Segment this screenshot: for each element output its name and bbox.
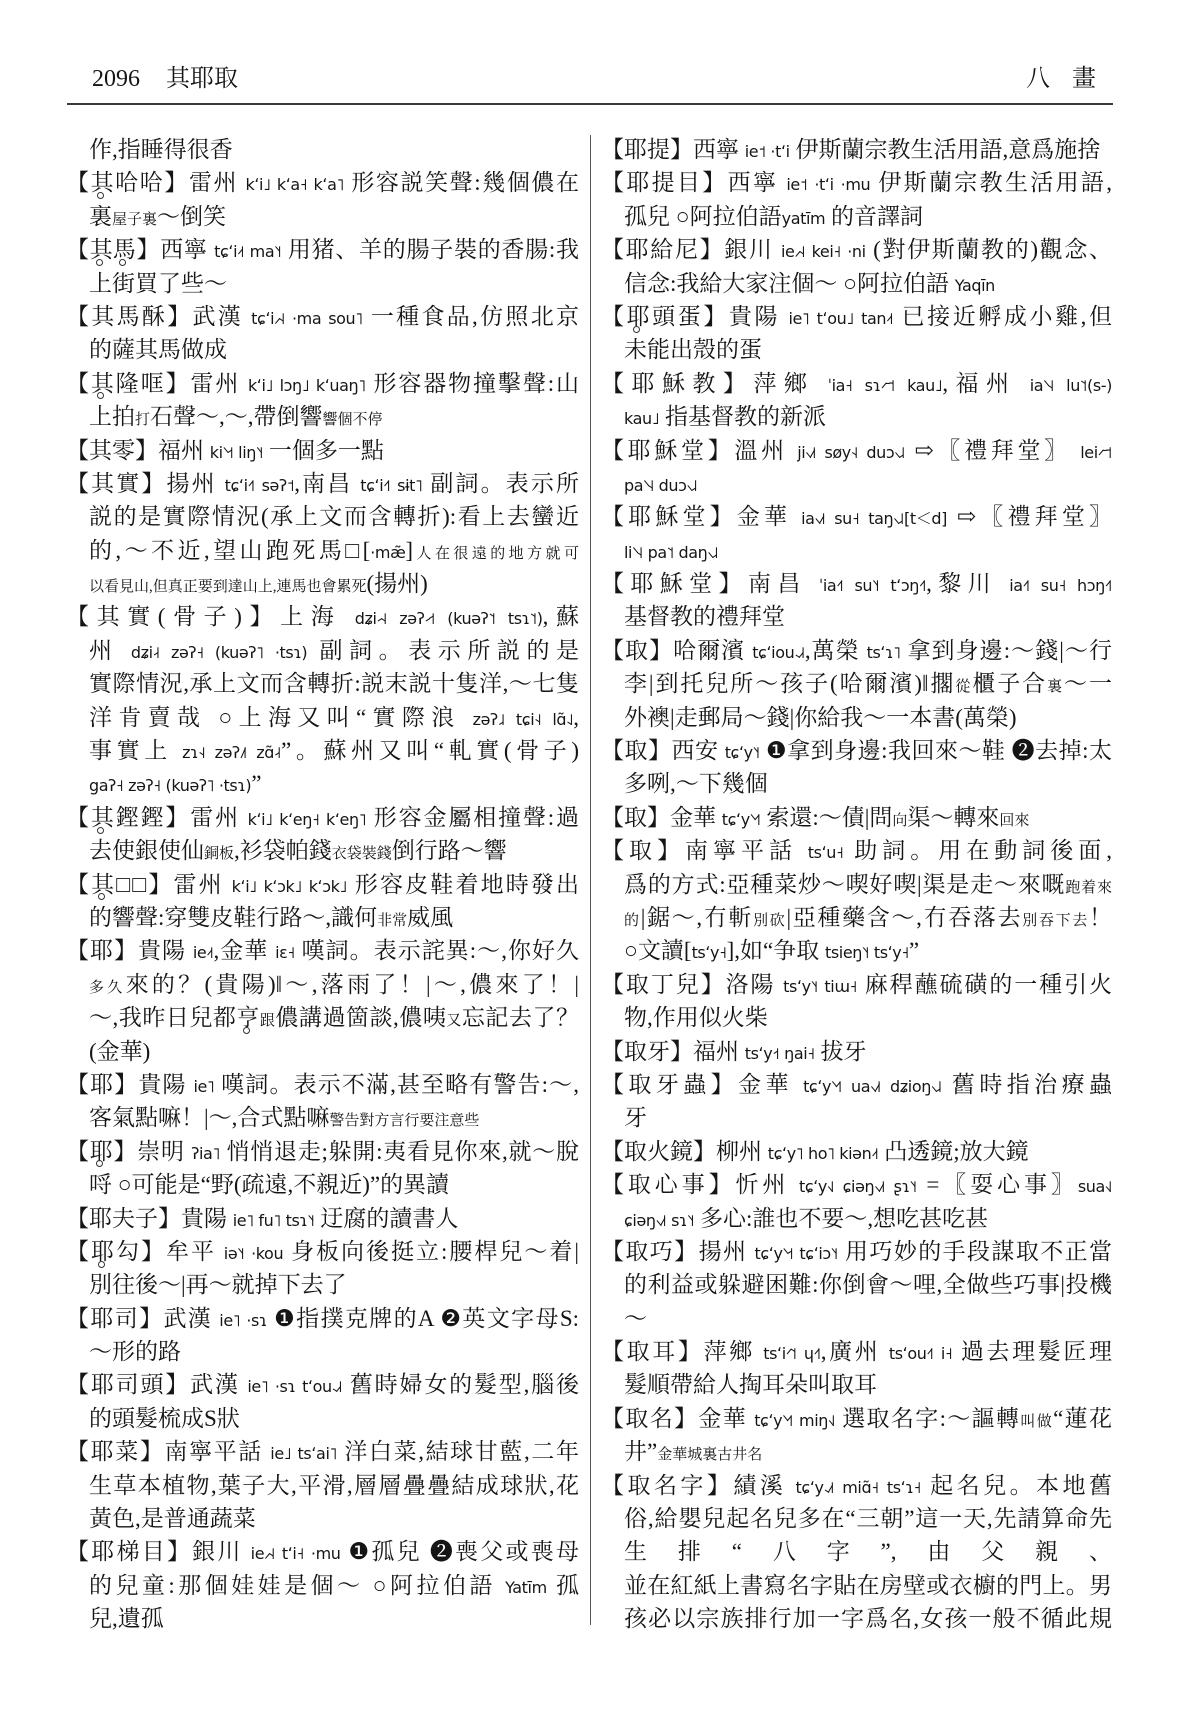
text-run: 【耶給尼】銀川 (601, 237, 781, 262)
text-run: ” (251, 771, 261, 796)
text-run: 的兒童:那個娃娃是個～ ○阿拉伯語 (89, 1573, 505, 1598)
text-run: 【取】南寧平話 (601, 838, 808, 863)
text-run: 已接近孵成小雞,但 (893, 304, 1112, 329)
phonetic-transcription: zəʔ˩˨ tɕi˧˨ lɑ̃˨˩ (473, 710, 574, 729)
entry-first-line: 【其□□】雷州 kʻi˩ kʻɔk˩ kʻɔk˩ 形容皮鞋着地時發出 (66, 868, 579, 901)
text-run: ！ (1089, 905, 1112, 930)
text-run: 形容皮鞋着地時發出 (347, 872, 579, 897)
text-run: 麻稈蘸硫磺的一種引火 (857, 972, 1112, 997)
entry-first-line: 【耶給尼】銀川 ie˩˧˨ kei˧ ·ni (對伊斯蘭教的)觀念、 (601, 233, 1112, 266)
entry-continuation-line: 髮順帶給人掏耳朵叫取耳 (601, 1368, 1112, 1401)
ring-marked-char: 耶 (91, 1235, 114, 1268)
header-rule (67, 103, 1113, 105)
text-run: 【耶穌教】萍鄉 (601, 371, 828, 396)
entry-continuation-line: 生排“八字”,由父親、祖父或年長有見識的人起名, (601, 1535, 1112, 1568)
text-run: 指基督教的新派 (659, 404, 826, 429)
text-run: 的頭髮梳成S狀 (89, 1406, 240, 1431)
text-run: ,黎川 (926, 571, 1009, 596)
annotation-note: 非常 (377, 913, 407, 929)
phonetic-transcription: ki˥˧˦ liŋ˥˧ (210, 443, 263, 462)
dictionary-entry: 【耶穌堂】南昌 ˈia˧˥ su˥˧ tʻɔŋ˧˥,黎川 ia˧˥ su˧ hɔ… (601, 567, 1112, 634)
entry-first-line: 【耶提】西寧 ie˦ ·tʻi 伊斯蘭宗教生活用語,意爲施捨 (601, 133, 1112, 166)
dictionary-entry: 【其鏗鏗】雷州 kʻi˩ kʻeŋ˧ kʻeŋ˥ 形容金屬相撞聲:過去使銀使仙銅… (66, 801, 579, 868)
text-run: 形容金屬相撞聲:過 (366, 805, 579, 830)
dictionary-entry: 【耶】崇明 ʔia˥ 悄悄退走;躲開:夷看見你來,就～脫哷 ○可能是“野(疏遠,… (66, 1135, 579, 1202)
entry-first-line: 【耶穌堂】金華 ia˧˩˦ su˧ taŋ˧˩˨[t＜d] ⇨〖禮拜堂〗 (601, 500, 1112, 533)
dictionary-entry: 【耶勾】牟平 iə˥˧ ·kou 身板向後挺立:腰桿兒～着|別往後～|再～就掉下… (66, 1235, 579, 1302)
entry-first-line: 【耶】崇明 ʔia˥ 悄悄退走;躲開:夷看見你來,就～脫 (66, 1135, 579, 1168)
text-run: ⇨〖禮拜堂〗 (905, 438, 1080, 463)
text-run: □□】雷州 (114, 872, 232, 897)
text-run: 生草本植物,葉子大,平滑,層層疊疊結成球狀,花 (89, 1473, 579, 1498)
entry-first-line: 【耶夫子】貴陽 ie˥ fu˥ tsɿ˥˧ 迂腐的讀書人 (66, 1202, 579, 1235)
text-run: 【 (601, 304, 627, 329)
stroke-section-label: 八畫 (1026, 62, 1118, 96)
dictionary-entry: 【耶】貴陽 ie˥ 嘆詞。表示不滿,甚至略有警告:～,客氣點嘛！|～,合式點嘛警… (66, 1068, 579, 1135)
entry-first-line: 【耶】貴陽 ie˨˦,金華 iɛ˧ 嘆詞。表示詫異:～,你好久 (66, 934, 579, 967)
entry-continuation-line: 實際情況,承上文而含轉折:説末説十隻洋,～七隻 (66, 667, 579, 700)
text-run: |鋸～,冇斬 (641, 905, 753, 930)
entry-continuation-line: 井”金華城裏古井名 (601, 1435, 1112, 1468)
text-run: ❶指撲克牌的A ❷英文字母S: (267, 1306, 579, 1331)
text-run: 形容説笑聲:幾個儂在 (344, 170, 579, 195)
entry-first-line: 【取名字】績溪 tɕʻy˨˩˦ miɑ̃˧ tsʻɿ˧ 起名兒。本地舊 (601, 1469, 1112, 1502)
entry-first-line: 【耶頭蛋】貴陽 ie˥ tʻou˩ tan˨˦ 已接近孵成小雞,但 (601, 300, 1112, 333)
phonetic-transcription: ia˧˩˦ su˧ taŋ˧˩˨[t＜d] (801, 509, 947, 528)
annotation-note: 別砍 (753, 913, 786, 929)
phonetic-transcription: ie˩˧˨ kei˧ ·ni (781, 242, 866, 261)
text-run: 俗,給嬰兒起名兒多在“三朝”這一天,先請算命先 (624, 1506, 1112, 1531)
text-run: 爲的方式:亞種菜炒～喫好喫|渠是走～來嘅 (624, 872, 1065, 897)
annotation-note: 以看見山,但真正要到達山上,連馬也會累死 (89, 579, 367, 595)
text-run: 孤 (547, 1573, 579, 1598)
phonetic-transcription: iɛ˧ (275, 943, 295, 962)
phonetic-transcription: tɕʻy˨˩˦ miɑ̃˧ tsʻɿ˧ (796, 1478, 921, 1497)
text-run: 的,～不近,望山跑死馬□[ (89, 538, 370, 563)
text-run: 【 (66, 371, 91, 396)
dictionary-entry: 【耶給尼】銀川 ie˩˧˨ kei˧ ·ni (對伊斯蘭教的)觀念、信念:我給大… (601, 233, 1112, 300)
entry-continuation-line: 外襖|走郵局～錢|你給我～一本書(萬榮) (601, 701, 1112, 734)
text-run: 一種食品,仿照北京 (363, 304, 579, 329)
text-run: 【取火鏡】柳州 (601, 1139, 768, 1164)
text-run: 悄悄退走;躲開:夷看見你來,就～脫 (220, 1139, 579, 1164)
annotation-note: 屋子裏 (112, 212, 157, 228)
dictionary-entry: 【耶夫子】貴陽 ie˥ fu˥ tsɿ˥˧ 迂腐的讀書人 (66, 1202, 579, 1235)
phonetic-transcription: kʻi˩ kʻa˧ kʻa˥ (245, 175, 344, 194)
entry-continuation-line: 的薩其馬做成 (66, 333, 579, 366)
entry-continuation-line: (金華) (66, 1035, 579, 1068)
entry-continuation-line: 的響聲:穿雙皮鞋行路～,識何非常威風 (66, 901, 579, 934)
dictionary-entry: 【耶穌堂】溫州 ji˧˩˦ søy˧˨ duɔ˧˩˨ ⇨〖禮拜堂〗 lei˨˦˦… (601, 434, 1112, 501)
phonetic-transcription: tɕʻi˩˧˨ ·ma sou˥ (251, 309, 363, 328)
phonetic-transcription: ie˥ ·sɿ tʻou˨˩˧ (247, 1377, 342, 1396)
text-run: 【取心事】忻州 (601, 1172, 799, 1197)
annotation-note: 又 (446, 1013, 462, 1029)
text-run: 【耶提目】西寧 (601, 170, 786, 195)
page-number: 2096 (92, 62, 140, 96)
entry-continuation-line: ～,我昨日兒都亨跟儂講過箇談,儂咦又忘記去了？ (66, 1001, 579, 1034)
entry-first-line: 【其鏗鏗】雷州 kʻi˩ kʻeŋ˧ kʻeŋ˥ 形容金屬相撞聲:過 (66, 801, 579, 834)
entry-first-line: 【取巧】揚州 tɕʻy˥˧˦ tɕʻiɔ˥˧ 用巧妙的手段謀取不正當 (601, 1235, 1112, 1268)
text-run: 來的？(貴陽)‖～,落雨了！|～,儂來了！| (126, 972, 579, 997)
dictionary-entry: 【取牙蟲】金華 tɕʻy˥˧˥ ua˧˩˦ dʑioŋ˧˩˨ 舊時指治療蟲牙 (601, 1068, 1112, 1135)
phonetic-transcription: ia˧˥ su˧ hɔŋ˧˥ (1009, 576, 1112, 595)
ring-marked-char: 其 (91, 367, 114, 400)
text-run: 拿到身邊:～錢|～行 (901, 638, 1112, 663)
entry-continuation-line: 李|到托兒所～孩子(哈爾濱)‖擱從櫃子合裏～一 (601, 667, 1112, 700)
entry-continuation-line: 物,作用似火柴 (601, 1001, 1112, 1034)
phonetic-transcription: tsieŋ˥˧ tsʻy˧ (825, 943, 909, 962)
entry-continuation-line: 客氣點嘛！|～,合式點嘛警告對方言行要注意些 (66, 1101, 579, 1134)
text-run: 【取耳】萍鄉 (601, 1339, 763, 1364)
text-run: 一個多一點 (263, 438, 384, 463)
phonetic-transcription: ie˥ ·sɿ (219, 1311, 267, 1330)
text-run: ～形的路 (89, 1339, 181, 1364)
dictionary-entry: 【耶穌教】萍鄉 ˈia˧ sɿ˨˦˦ kau˩,福州 ia˥˧˨ lu˥˦(s-… (601, 367, 1112, 434)
text-run: 【耶菜】南寧平話 (66, 1439, 270, 1464)
text-run: ,衫袋帕錢 (234, 838, 332, 863)
entry-continuation-line: 別往後～|再～就掉下去了 (66, 1268, 579, 1301)
annotation-note: 多久 (89, 980, 126, 996)
entry-continuation-line: li˥˧˨ pa˥˦ daŋ˧˩˨ (601, 534, 1112, 567)
text-run: 物,作用似火柴 (624, 1005, 768, 1030)
text-run: 石聲～,～,帶倒響 (150, 404, 323, 429)
text-run: 多咧,～下幾個 (624, 771, 768, 796)
ring-marked-char: 耶 (90, 1135, 113, 1168)
text-run: 倒行路～響 (392, 838, 507, 863)
entry-first-line: 【耶勾】牟平 iə˥˧ ·kou 身板向後挺立:腰桿兒～着| (66, 1235, 579, 1268)
dictionary-entry: 【其哈哈】雷州 kʻi˩ kʻa˧ kʻa˥ 形容説笑聲:幾個儂在裏屋子裏～倒笑 (66, 166, 579, 233)
annotation-note: 向 (892, 813, 907, 829)
phonetic-transcription: ie˨˦ (193, 943, 214, 962)
phonetic-transcription: tɕʻy˥˧˦ tɕʻiɔ˥˧ (755, 1244, 838, 1263)
phonetic-transcription: dʑi˨˧˨ zəʔ˨˧˦ (kuəʔ˥˦ tsɿ˥˦) (355, 609, 543, 628)
text-run: ,南昌 (294, 471, 360, 496)
phonetic-transcription: ·mæ̃ (370, 543, 405, 562)
annotation-note: 警告對方言行要注意些 (329, 1113, 479, 1129)
ring-marked-char: 亨 (236, 1001, 259, 1034)
text-run: 嘆詞。表示詫異:～,你好久 (295, 938, 579, 963)
dictionary-entry: 【其實】揚州 tɕʻi˧˥ səʔ˦,南昌 tɕʻi˧˥ sɨt˥ 副詞。表示所… (66, 467, 579, 601)
text-run: ” (909, 938, 919, 963)
text-run: ～倒笑 (157, 204, 226, 229)
annotation-note: 的 (624, 913, 641, 929)
text-run: 舊時婦女的髮型,腦後 (342, 1372, 579, 1397)
text-run: (揚州) (367, 571, 428, 596)
phonetic-transcription: ˈia˧ sɿ˨˦˦ kau˩ (828, 376, 943, 395)
text-run: 用巧妙的手段謀取不正當 (838, 1239, 1112, 1264)
entry-continuation-line: ɕiəŋ˧˩˦ sɿ˥˧ 多心:誰也不要～,想吃甚吃甚 (601, 1202, 1112, 1235)
entry-first-line: 【其馬酥】武漢 tɕʻi˩˧˨ ·ma sou˥ 一種食品,仿照北京 (66, 300, 579, 333)
phonetic-transcription: tɕʻy˥˧ (725, 743, 760, 762)
text-run: 基督教的禮拜堂 (624, 604, 785, 629)
text-run: ～ (624, 1306, 647, 1331)
text-run: 【耶梯目】銀川 (66, 1539, 251, 1564)
entry-first-line: 【其實】揚州 tɕʻi˧˥ səʔ˦,南昌 tɕʻi˧˥ sɨt˥ 副詞。表示所 (66, 467, 579, 500)
entry-continuation-line: 作,指睡得很香 (66, 133, 579, 166)
entry-first-line: 【耶司頭】武漢 ie˥ ·sɿ tʻou˨˩˧ 舊時婦女的髮型,腦後 (66, 1368, 579, 1401)
entry-continuation-line: 事實上 zɿ˧˨ zəʔ˩˥ zɑ̃˨˧”。蘇州又叫“軋實(骨子) (66, 734, 579, 767)
annotation-note: 響個不停 (323, 412, 383, 428)
text-run: |亞種藥含～,冇吞落去 (786, 905, 1022, 930)
text-run: 並在紅紙上書寫名字貼在房壁或衣櫥的門上。男 (624, 1573, 1112, 1598)
phonetic-transcription: tsʻi˧˥˦ ɥ˧˥ (763, 1344, 821, 1363)
phonetic-transcription: tsʻou˧˥ i˧ (889, 1344, 953, 1363)
text-run: 】西寧 (136, 237, 214, 262)
text-run: 頭蛋】貴陽 (650, 304, 789, 329)
text-run: 【其馬酥】武漢 (66, 304, 251, 329)
phonetic-transcription: kʻi˩ kʻeŋ˧ kʻeŋ˥ (248, 810, 367, 829)
text-run: ,蘇 (543, 604, 579, 629)
text-run: 哷 ○可能是“野(疏遠,不親近)”的異讀 (89, 1172, 449, 1197)
entry-first-line: 【取火鏡】柳州 tɕʻy˥ ho˥ kiən˨˦ 凸透鏡;放大鏡 (601, 1135, 1112, 1168)
text-run: 【取名字】績溪 (601, 1473, 796, 1498)
text-run: ～一 (1064, 671, 1112, 696)
left-column: 作,指睡得很香【其哈哈】雷州 kʻi˩ kʻa˧ kʻa˥ 形容説笑聲:幾個儂在… (66, 133, 579, 1636)
text-run: 【 (66, 237, 90, 262)
text-run: 李|到托兒所～孩子(哈爾濱)‖擱 (624, 671, 955, 696)
text-run: 凸透鏡;放大鏡 (878, 1139, 1028, 1164)
entry-continuation-line: 的兒童:那個娃娃是個～ ○阿拉伯語 Yatīm 孤 (66, 1569, 579, 1602)
text-run: 身板向後挺立:腰桿兒～着| (283, 1239, 579, 1264)
entry-first-line: 【耶提目】西寧 ie˦ ·tʻi ·mu 伊斯蘭宗教生活用語, (601, 166, 1112, 199)
ring-marked-char: 其 (91, 868, 114, 901)
text-run: 威風 (407, 905, 453, 930)
text-run: ❶孤兒 ❷喪父或喪母 (341, 1539, 579, 1564)
dictionary-entry: 【取巧】揚州 tɕʻy˥˧˦ tɕʻiɔ˥˧ 用巧妙的手段謀取不正當的利益或躲避… (601, 1235, 1112, 1335)
ring-marked-char: 耶 (627, 300, 650, 333)
phonetic-transcription: tɕʻy˥˧˥ miŋ˧˩ (754, 1411, 835, 1430)
entry-continuation-line: gaʔ˧ zəʔ˧ (kuəʔ˥ ·tsɿ)” (66, 767, 579, 800)
text-run: 井” (624, 1439, 657, 1464)
dictionary-entry: 作,指睡得很香 (66, 133, 579, 166)
entry-continuation-line: 州 dʑi˨˧ zəʔ˧ (kuəʔ˥ ·tsɿ) 副詞。表示所説的是 (66, 634, 579, 667)
dictionary-entry: 【耶提目】西寧 ie˦ ·tʻi ·mu 伊斯蘭宗教生活用語,孤兒 ○阿拉伯語y… (601, 166, 1112, 233)
text-run: 】崇明 (113, 1139, 192, 1164)
annotation-note: 金華城裏古井名 (657, 1447, 762, 1463)
text-run: 裏 (89, 204, 112, 229)
dictionary-entry: 【耶穌堂】金華 ia˧˩˦ su˧ taŋ˧˩˨[t＜d] ⇨〖禮拜堂〗li˥˧… (601, 500, 1112, 567)
phonetic-transcription: yatīm (782, 209, 826, 228)
annotation-note: 回來 (999, 813, 1029, 829)
entry-continuation-line: 的,～不近,望山跑死馬□[·mæ̃]人在很遠的地方就可 (66, 534, 579, 567)
entry-first-line: 【取】金華 tɕʻy˥˧˥ 索還:～債|問向渠～轉來回來 (601, 801, 1112, 834)
dictionary-entry: 【取名】金華 tɕʻy˥˧˥ miŋ˧˩ 選取名字:～謳轉叫做“蓮花井”金華城裏… (601, 1402, 1112, 1469)
text-run: 黃色,是普通蔬菜 (89, 1506, 256, 1531)
entry-continuation-line: 洋肯賣哉 ○上海又叫“實際浪 zəʔ˩˨ tɕi˧˨ lɑ̃˨˩, (66, 701, 579, 734)
text-run: 【取】金華 (601, 805, 722, 830)
text-run: 【耶穌堂】金華 (601, 504, 801, 529)
text-run: 客氣點嘛！|～,合式點嘛 (89, 1105, 329, 1130)
text-run: 副詞。表示所 (423, 471, 580, 496)
entry-continuation-line: 信念:我給大家注個～ ○阿拉伯語 Yaqīn (601, 267, 1112, 300)
text-run: 實際情況,承上文而含轉折:説末説十隻洋,～七隻 (89, 671, 579, 696)
phonetic-transcription: kʻi˩ lɔŋ˩ kʻuaŋ˥ (248, 376, 366, 395)
text-run: 的薩其馬做成 (89, 337, 227, 362)
text-run: 過去理髮匠理 (952, 1339, 1112, 1364)
text-run: 【耶司】武漢 (66, 1306, 219, 1331)
phonetic-transcription: tɕʻy˥˧˥ ua˧˩˦ dʑioŋ˧˩˨ (803, 1077, 942, 1096)
dictionary-entry: 【取丁兒】洛陽 tsʻy˥˧ tiɯ˧ 麻稈蘸硫磺的一種引火物,作用似火柴 (601, 968, 1112, 1035)
entry-continuation-line: 上街買了些～ (66, 267, 579, 300)
right-column: 【耶提】西寧 ie˦ ·tʻi 伊斯蘭宗教生活用語,意爲施捨【耶提目】西寧 ie… (601, 133, 1112, 1636)
entry-first-line: 【耶穌堂】南昌 ˈia˧˥ su˥˧ tʻɔŋ˧˥,黎川 ia˧˥ su˧ hɔ… (601, 567, 1112, 600)
phonetic-transcription: sua˧˩ (1078, 1177, 1112, 1196)
dictionary-entry: 【取】金華 tɕʻy˥˧˥ 索還:～債|問向渠～轉來回來 (601, 801, 1112, 834)
phonetic-transcription: ie˩ tsʻai˥ (270, 1444, 337, 1463)
text-run: “蓮花 (1053, 1406, 1112, 1431)
text-run: 嘆詞。表示不滿,甚至略有警告:～, (214, 1072, 579, 1097)
entry-first-line: 【其實(骨子)】上海 dʑi˨˧˨ zəʔ˨˧˦ (kuəʔ˥˦ tsɿ˥˦),… (66, 600, 579, 633)
entry-first-line: 【耶穌教】萍鄉 ˈia˧ sɿ˨˦˦ kau˩,福州 ia˥˧˨ lu˥˦(s-… (601, 367, 1112, 400)
text-run: (金華) (89, 1039, 150, 1064)
phonetic-transcription: tsʻɿ˥ (867, 643, 901, 662)
entry-first-line: 【取】西安 tɕʻy˥˧ ❶拿到身邊:我回來～鞋 ❷去掉:太 (601, 734, 1112, 767)
dictionary-entry: 【取火鏡】柳州 tɕʻy˥ ho˥ kiən˨˦ 凸透鏡;放大鏡 (601, 1135, 1112, 1168)
entry-continuation-line: 孩必以宗族排行加一字爲名,女孩一般不循此規 (601, 1602, 1112, 1635)
entry-continuation-line: 兒,遺孤 (66, 1602, 579, 1635)
annotation-note: 銅板 (204, 846, 234, 862)
entry-continuation-line: 爲的方式:亞種菜炒～喫好喫|渠是走～來嘅跑着來 (601, 868, 1112, 901)
text-run: 【 (66, 872, 91, 897)
entry-continuation-line: 並在紅紙上書寫名字貼在房壁或衣櫥的門上。男 (601, 1569, 1112, 1602)
phonetic-transcription: li˥˧˨ pa˥˦ daŋ˧˩˨ (624, 543, 718, 562)
dictionary-entry: 【耶司】武漢 ie˥ ·sɿ ❶指撲克牌的A ❷英文字母S:～形的路 (66, 1302, 579, 1369)
entry-continuation-line: 裏屋子裏～倒笑 (66, 200, 579, 233)
text-run: ,萬榮 (805, 638, 867, 663)
entry-continuation-line: 的頭髮梳成S狀 (66, 1402, 579, 1435)
text-run: 【耶司頭】武漢 (66, 1372, 247, 1397)
text-run: 上街買了些～ (89, 271, 227, 296)
phonetic-transcription: lei˨˦˦ (1080, 443, 1112, 462)
text-run: 索還:～債|問 (761, 805, 893, 830)
dictionary-entry: 【取】哈爾濱 tɕʻiou˨˩˧,萬榮 tsʻɿ˥ 拿到身邊:～錢|～行李|到托… (601, 634, 1112, 734)
entry-continuation-line: 的利益或躲避困難:你倒會～哩,全做些巧事|投機 (601, 1268, 1112, 1301)
entry-continuation-line: ～ (601, 1302, 1112, 1335)
dictionary-entry: 【耶提】西寧 ie˦ ·tʻi 伊斯蘭宗教生活用語,意爲施捨 (601, 133, 1112, 166)
dictionary-entry: 【取心事】忻州 tɕʻy˧˩ ɕiəŋ˧˩˦ ʂɿ˥˧ =〖耍心事〗sua˧˩ɕ… (601, 1168, 1112, 1235)
entry-continuation-line: 孤兒 ○阿拉伯語yatīm 的音譯詞 (601, 200, 1112, 233)
text-run: 【耶】貴陽 (66, 1072, 193, 1097)
entry-continuation-line: 以看見山,但真正要到達山上,連馬也會累死(揚州) (66, 567, 579, 600)
entry-first-line: 【其馬】西寧 tɕʻi˨˦ ma˥˧ 用猪、羊的腸子裝的香腸:我 (66, 233, 579, 266)
phonetic-transcription: ie˥ (193, 1077, 214, 1096)
phonetic-transcription: tsʻy˥˧ tiɯ˧ (783, 977, 857, 996)
text-run: 信念:我給大家注個～ ○阿拉伯語 (624, 271, 955, 296)
entry-continuation-line: 的|鋸～,冇斬別砍|亞種藥含～,冇吞落去別吞下去！ (601, 901, 1112, 934)
text-run: 【耶提】西寧 (601, 137, 745, 162)
entry-first-line: 【耶司】武漢 ie˥ ·sɿ ❶指撲克牌的A ❷英文字母S: (66, 1302, 579, 1335)
text-run: 【其零】福州 (66, 438, 210, 463)
ring-marked-char: 其 (91, 166, 114, 199)
annotation-note: 別吞下去 (1022, 913, 1089, 929)
text-run: 渠～轉來 (907, 805, 999, 830)
text-run: 伊斯蘭宗教生活用語, (870, 170, 1112, 195)
text-run: 孤兒 ○阿拉伯語 (624, 204, 782, 229)
entry-continuation-line: 哷 ○可能是“野(疏遠,不親近)”的異讀 (66, 1168, 579, 1201)
phonetic-transcription: ie˥ tʻou˩ tan˨˦ (788, 309, 893, 328)
annotation-note: 從 (955, 679, 972, 695)
entry-first-line: 【取耳】萍鄉 tsʻi˧˥˦ ɥ˧˥,廣州 tsʻou˧˥ i˧ 過去理髮匠理 (601, 1335, 1112, 1368)
text-run: (對伊斯蘭教的)觀念、 (866, 237, 1112, 262)
phonetic-transcription: ji˧˩˦ søy˧˨ duɔ˧˩˨ (797, 443, 905, 462)
dictionary-entry: 【其零】福州 ki˥˧˦ liŋ˥˧ 一個多一點 (66, 434, 579, 467)
phonetic-transcription: Yaqīn (955, 276, 995, 295)
phonetic-transcription: kau˩ (624, 409, 659, 428)
text-run: =〖耍心事〗 (917, 1172, 1078, 1197)
dictionary-entry: 【取】西安 tɕʻy˥˧ ❶拿到身邊:我回來～鞋 ❷去掉:太多咧,～下幾個 (601, 734, 1112, 801)
entry-continuation-line: 説的是實際情況(承上文而含轉折):看上去蠻近 (66, 500, 579, 533)
phonetic-transcription: iə˥˧ ·kou (224, 1244, 283, 1263)
text-run: 説的是實際情況(承上文而含轉折):看上去蠻近 (89, 504, 579, 529)
dictionary-entry: 【其□□】雷州 kʻi˩ kʻɔk˩ kʻɔk˩ 形容皮鞋着地時發出的響聲:穿雙… (66, 868, 579, 935)
phonetic-transcription: kʻi˩ kʻɔk˩ kʻɔk˩ (232, 877, 347, 896)
text-run: ⇨〖禮拜堂〗 (947, 504, 1112, 529)
text-run: 儂講過箇談,儂咦 (275, 1005, 446, 1030)
text-run: 【取丁兒】洛陽 (601, 972, 783, 997)
entry-continuation-line: 多咧,～下幾個 (601, 767, 1112, 800)
text-run: , (573, 705, 579, 730)
entry-continuation-line: 牙 (601, 1101, 1112, 1134)
entry-continuation-line: pa˥˧˨ duɔ˧˩˨ (601, 467, 1112, 500)
dictionary-entry: 【耶菜】南寧平話 ie˩ tsʻai˥ 洋白菜,結球甘藍,二年生草本植物,葉子大… (66, 1435, 579, 1535)
text-run: 【 (66, 805, 91, 830)
phonetic-transcription: tɕʻi˧˥ sɨt˥ (360, 476, 422, 495)
dictionary-entry: 【耶司頭】武漢 ie˥ ·sɿ tʻou˨˩˧ 舊時婦女的髮型,腦後的頭髮梳成S… (66, 1368, 579, 1435)
dictionary-entry: 【其馬酥】武漢 tɕʻi˩˧˨ ·ma sou˥ 一種食品,仿照北京的薩其馬做成 (66, 300, 579, 367)
entry-first-line: 【其哈哈】雷州 kʻi˩ kʻa˧ kʻa˥ 形容説笑聲:幾個儂在 (66, 166, 579, 199)
ring-marked-char: 馬 (113, 233, 136, 266)
text-run: 洋肯賣哉 ○上海又叫“實際浪 (89, 705, 473, 730)
text-run: ] (405, 538, 413, 563)
phonetic-transcription: ˈia˧˥ su˥˧ tʻɔŋ˧˥ (819, 576, 926, 595)
text-run: ○文讀[ (624, 938, 692, 963)
text-run: ❶拿到身邊:我回來～鞋 ❷去掉:太 (760, 738, 1112, 763)
text-run: 的利益或躲避困難:你倒會～哩,全做些巧事|投機 (624, 1272, 1112, 1297)
annotation-note: 打 (135, 412, 150, 428)
text-run: 【取牙蟲】金華 (601, 1072, 803, 1097)
dictionary-entry: 【耶梯目】銀川 ie˩˧˨ tʻi˧ ·mu ❶孤兒 ❷喪父或喪母的兒童:那個娃… (66, 1535, 579, 1635)
text-run: 別往後～|再～就掉下去了 (89, 1272, 347, 1297)
text-run: 髮順帶給人掏耳朵叫取耳 (624, 1372, 877, 1397)
annotation-note: 衣袋裝錢 (332, 846, 392, 862)
ring-marked-char: 其 (90, 233, 113, 266)
text-run: 櫃子合 (972, 671, 1047, 696)
text-run: 多心:誰也不要～,想吃甚吃甚 (694, 1206, 988, 1231)
text-run: 舊時指治療蟲 (942, 1072, 1112, 1097)
phonetic-transcription: tɕʻi˧˥ səʔ˦ (225, 476, 295, 495)
dictionary-entry: 【取耳】萍鄉 tsʻi˧˥˦ ɥ˧˥,廣州 tsʻou˧˥ i˧ 過去理髮匠理髮… (601, 1335, 1112, 1402)
entry-continuation-line: ○文讀[tsʻy˧],如“争取 tsieŋ˥˧ tsʻy˧” (601, 934, 1112, 967)
text-run: 的音譯詞 (825, 204, 923, 229)
dictionary-entry: 【其隆哐】雷州 kʻi˩ lɔŋ˩ kʻuaŋ˥ 形容器物撞擊聲:山上拍打石聲～… (66, 367, 579, 434)
column-divider (590, 135, 591, 1625)
phonetic-transcription: dʑi˨˧ zəʔ˧ (kuəʔ˥ ·tsɿ) (131, 643, 307, 662)
dictionary-entry: 【其馬】西寧 tɕʻi˨˦ ma˥˧ 用猪、羊的腸子裝的香腸:我上街買了些～ (66, 233, 579, 300)
text-run: 【耶穌堂】南昌 (601, 571, 819, 596)
text-run: 【取巧】揚州 (601, 1239, 755, 1264)
entry-continuation-line: 基督教的禮拜堂 (601, 600, 1112, 633)
phonetic-transcription: tɕʻy˥ ho˥ kiən˨˦ (768, 1144, 879, 1163)
dictionary-entry: 【其實(骨子)】上海 dʑi˨˧˨ zəʔ˨˧˦ (kuəʔ˥˦ tsɿ˥˦),… (66, 600, 579, 800)
phonetic-transcription: ie˦ ·tʻi ·mu (786, 175, 870, 194)
text-run: ～,我昨日兒都 (89, 1005, 236, 1030)
entry-first-line: 【其隆哐】雷州 kʻi˩ lɔŋ˩ kʻuaŋ˥ 形容器物撞擊聲:山 (66, 367, 579, 400)
annotation-note: 裏 (1047, 679, 1064, 695)
entry-continuation-line: 多久來的？(貴陽)‖～,落雨了！|～,儂來了！| (66, 968, 579, 1001)
entry-continuation-line: kau˩ 指基督教的新派 (601, 400, 1112, 433)
text-run: 【 (66, 170, 91, 195)
